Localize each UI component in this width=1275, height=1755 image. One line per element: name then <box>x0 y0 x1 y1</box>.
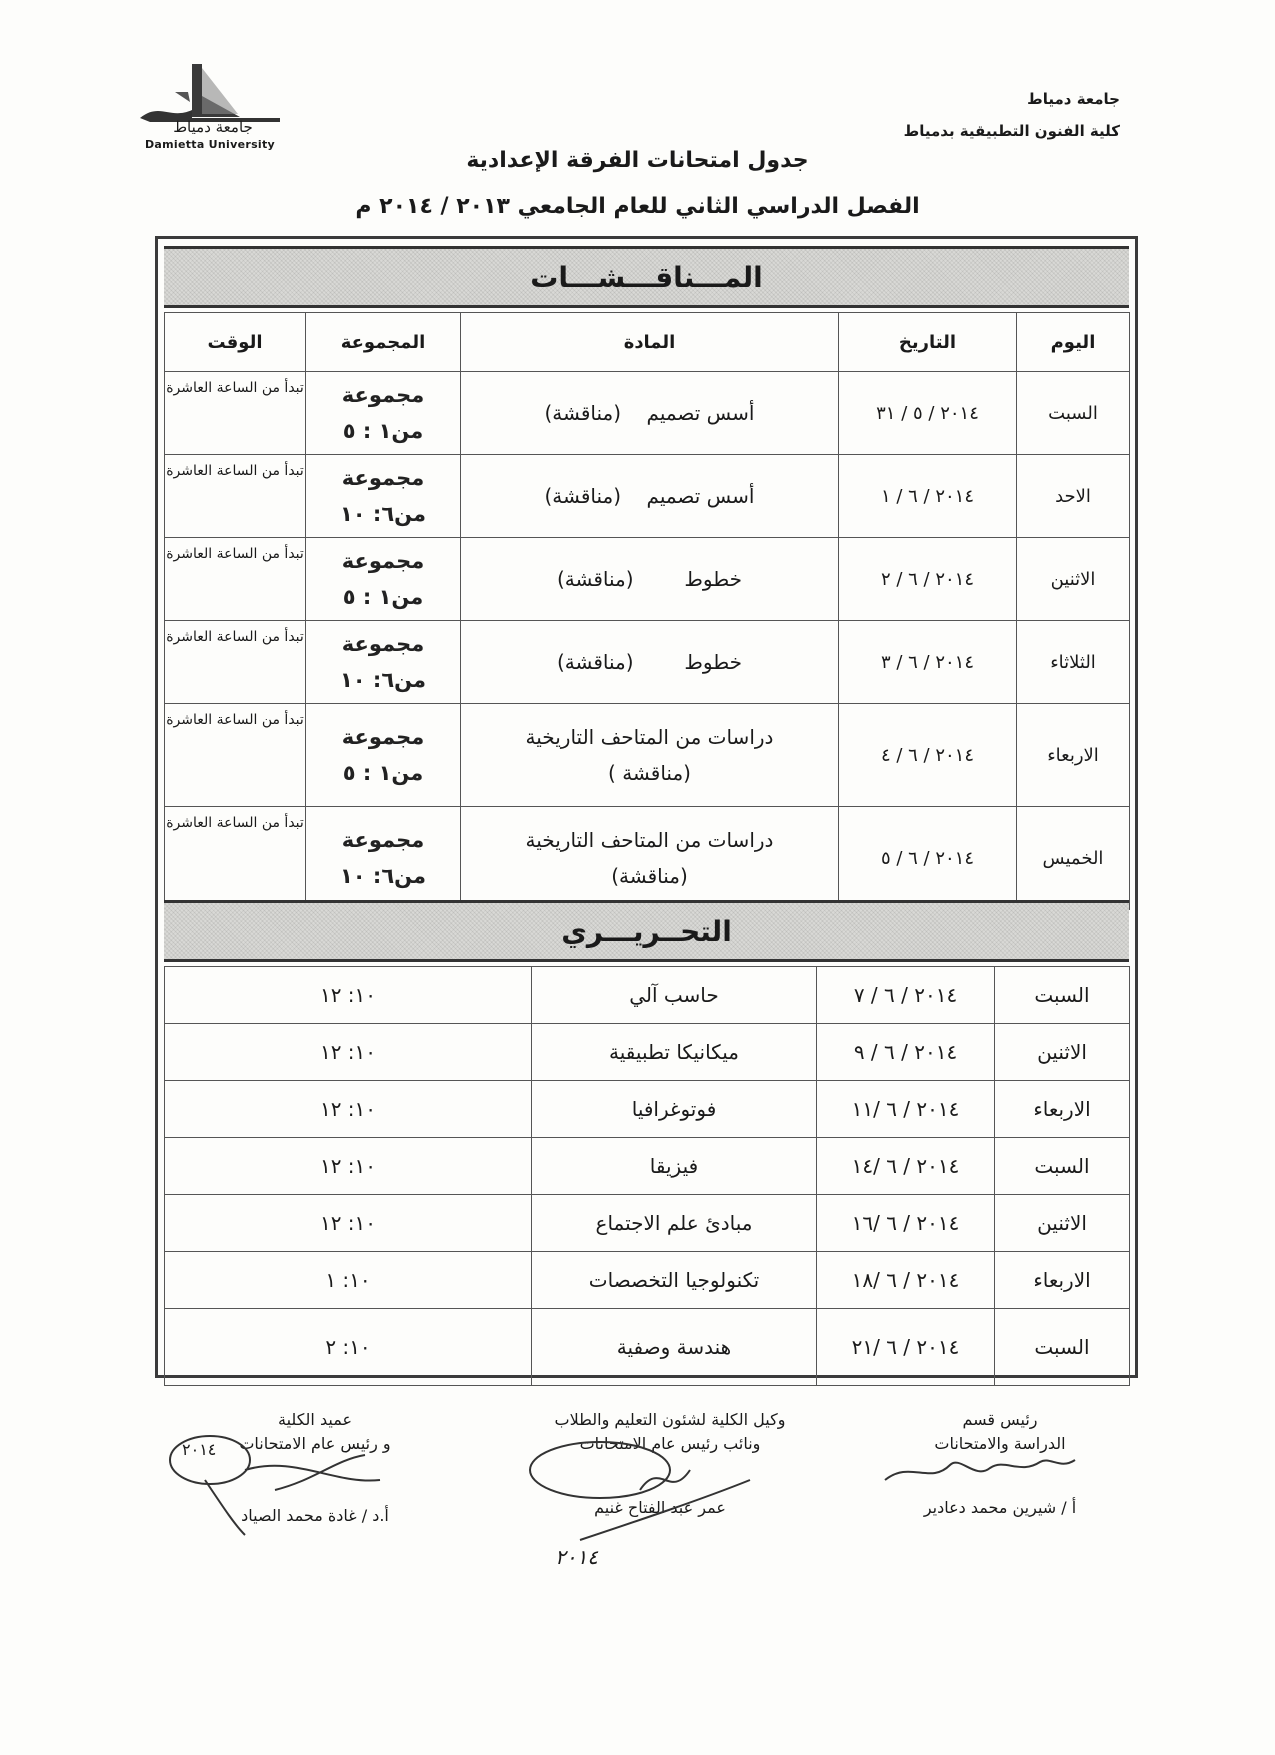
day-cell: السبت <box>995 967 1130 1024</box>
date-cell: ٢٠١٤ / ٦ /١٤ <box>817 1138 995 1195</box>
column-header-subject: المادة <box>461 313 839 372</box>
subject-cell: حاسب آلي <box>532 967 817 1024</box>
time-cell: ١٠: ١٢ <box>165 1195 532 1252</box>
group-range: من١ : ٥ <box>306 579 460 615</box>
table-row: السبت ٢٠١٤ / ٦ /١٤ فيزيقا ١٠: ١٢ <box>165 1138 1130 1195</box>
date-cell: ٢٠١٤ / ٦ /١٦ <box>817 1195 995 1252</box>
subject-line: (مناقشة ) <box>461 755 838 791</box>
subject-cell: خطوط (مناقشة) <box>461 621 839 704</box>
date-cell: ٢٠١٤ / ٦ /١١ <box>817 1081 995 1138</box>
table-row: الثلاثاء ٢٠١٤ / ٦ / ٣ خطوط (مناقشة) مجمو… <box>165 621 1130 704</box>
date-cell: ٢٠١٤ / ٦ / ٤ <box>839 704 1017 807</box>
group-cell: مجموعةمن٦: ١٠ <box>306 621 461 704</box>
date-cell: ٢٠١٤ / ٦ / ١ <box>839 455 1017 538</box>
column-header-time: الوقت <box>165 313 306 372</box>
subject-cell: أسس تصميم (مناقشة) <box>461 455 839 538</box>
handwritten-signature-icon <box>880 1450 1080 1490</box>
group-range: من٦: ١٠ <box>306 662 460 698</box>
section-header-discussions: المـــناقـــشـــات <box>164 246 1129 308</box>
group-label: مجموعة <box>306 822 460 858</box>
section-header-written: التحــريـــري <box>164 900 1129 962</box>
table-row: الاربعاء ٢٠١٤ / ٦ /١١ فوتوغرافيا ١٠: ١٢ <box>165 1081 1130 1138</box>
subject-cell: أسس تصميم (مناقشة) <box>461 372 839 455</box>
day-cell: الاربعاء <box>1017 704 1130 807</box>
day-cell: الثلاثاء <box>1017 621 1130 704</box>
day-cell: الخميس <box>1017 807 1130 910</box>
table-row: الاحد ٢٠١٤ / ٦ / ١ أسس تصميم (مناقشة) مج… <box>165 455 1130 538</box>
date-cell: ٢٠١٤ / ٦ / ٥ <box>839 807 1017 910</box>
group-label: مجموعة <box>306 626 460 662</box>
day-cell: الاثنين <box>995 1195 1130 1252</box>
time-cell: تبدأ من الساعة العاشرة <box>165 807 306 910</box>
date-cell: ٢٠١٤ / ٦ / ٩ <box>817 1024 995 1081</box>
time-cell: ١٠: ١ <box>165 1252 532 1309</box>
day-cell: الاثنين <box>1017 538 1130 621</box>
date-cell: ٢٠١٤ / ٦ / ٧ <box>817 967 995 1024</box>
group-range: من٦: ١٠ <box>306 496 460 532</box>
subject-cell: فيزيقا <box>532 1138 817 1195</box>
group-cell: مجموعةمن٦: ١٠ <box>306 455 461 538</box>
section-title: المـــناقـــشـــات <box>530 261 762 294</box>
group-label: مجموعة <box>306 377 460 413</box>
subject-cell: ميكانيكا تطبيقية <box>532 1024 817 1081</box>
signatory-name: أ / شيرين محمد دعادير <box>880 1496 1120 1520</box>
subject-line: دراسات من المتاحف التاريخية <box>461 719 838 755</box>
written-exams-table: السبت ٢٠١٤ / ٦ / ٧ حاسب آلي ١٠: ١٢ الاثن… <box>164 966 1130 1386</box>
table-row: الخميس ٢٠١٤ / ٦ / ٥ دراسات من المتاحف ال… <box>165 807 1130 910</box>
table-row: الاربعاء ٢٠١٤ / ٦ / ٤ دراسات من المتاحف … <box>165 704 1130 807</box>
page-subtitle: الفصل الدراسي الثاني للعام الجامعي ٢٠١٣ … <box>0 194 1275 219</box>
subject-cell: هندسة وصفية <box>532 1309 817 1386</box>
time-cell: ١٠: ١٢ <box>165 967 532 1024</box>
signatory-title: وكيل الكلية لشئون التعليم والطلاب <box>510 1408 830 1432</box>
subject-cell: تكنولوجيا التخصصات <box>532 1252 817 1309</box>
date-cell: ٢٠١٤ / ٥ / ٣١ <box>839 372 1017 455</box>
page-title: جدول امتحانات الفرقة الإعدادية <box>0 148 1275 173</box>
group-label: مجموعة <box>306 543 460 579</box>
day-cell: السبت <box>1017 372 1130 455</box>
subject-line: دراسات من المتاحف التاريخية <box>461 822 838 858</box>
discussions-table: اليوم التاريخ المادة المجموعة الوقت السب… <box>164 312 1130 910</box>
time-cell: تبدأ من الساعة العاشرة <box>165 704 306 807</box>
date-cell: ٢٠١٤ / ٦ / ٢ <box>839 538 1017 621</box>
group-cell: مجموعةمن٦: ١٠ <box>306 807 461 910</box>
group-label: مجموعة <box>306 719 460 755</box>
group-cell: مجموعةمن١ : ٥ <box>306 704 461 807</box>
column-header-day: اليوم <box>1017 313 1130 372</box>
column-header-group: المجموعة <box>306 313 461 372</box>
group-range: من٦: ١٠ <box>306 858 460 894</box>
table-row: السبت ٢٠١٤ / ٥ / ٣١ أسس تصميم (مناقشة) م… <box>165 372 1130 455</box>
table-row: السبت ٢٠١٤ / ٦ / ٧ حاسب آلي ١٠: ١٢ <box>165 967 1130 1024</box>
table-row: الاربعاء ٢٠١٤ / ٦ /١٨ تكنولوجيا التخصصات… <box>165 1252 1130 1309</box>
time-cell: تبدأ من الساعة العاشرة <box>165 538 306 621</box>
time-cell: تبدأ من الساعة العاشرة <box>165 455 306 538</box>
subject-cell: فوتوغرافيا <box>532 1081 817 1138</box>
day-cell: الاحد <box>1017 455 1130 538</box>
date-cell: ٢٠١٤ / ٦ /١٨ <box>817 1252 995 1309</box>
time-cell: ١٠: ٢ <box>165 1309 532 1386</box>
date-cell: ٢٠١٤ / ٦ / ٣ <box>839 621 1017 704</box>
group-range: من١ : ٥ <box>306 413 460 449</box>
time-cell: ١٠: ١٢ <box>165 1081 532 1138</box>
section-title: التحــريـــري <box>561 915 732 948</box>
table-header-row: اليوم التاريخ المادة المجموعة الوقت <box>165 313 1130 372</box>
faculty-name: كلية الفنون التطبيقية بدمياط <box>904 122 1120 140</box>
handwritten-year: ٢٠١٤ <box>182 1440 216 1459</box>
time-cell: تبدأ من الساعة العاشرة <box>165 621 306 704</box>
group-cell: مجموعةمن١ : ٥ <box>306 538 461 621</box>
table-row: السبت ٢٠١٤ / ٦ /٢١ هندسة وصفية ١٠: ٢ <box>165 1309 1130 1386</box>
group-cell: مجموعةمن١ : ٥ <box>306 372 461 455</box>
day-cell: السبت <box>995 1138 1130 1195</box>
table-row: الاثنين ٢٠١٤ / ٦ / ٢ خطوط (مناقشة) مجموع… <box>165 538 1130 621</box>
day-cell: الاربعاء <box>995 1081 1130 1138</box>
subject-cell: خطوط (مناقشة) <box>461 538 839 621</box>
group-label: مجموعة <box>306 460 460 496</box>
table-row: الاثنين ٢٠١٤ / ٦ /١٦ مبادئ علم الاجتماع … <box>165 1195 1130 1252</box>
table-row: الاثنين ٢٠١٤ / ٦ / ٩ ميكانيكا تطبيقية ١٠… <box>165 1024 1130 1081</box>
subject-line: (مناقشة) <box>461 858 838 894</box>
handwritten-year: ٢٠١٤ <box>555 1545 598 1569</box>
day-cell: الاثنين <box>995 1024 1130 1081</box>
university-name: جامعة دمياط <box>1027 90 1120 108</box>
logo-arabic-text: جامعة دمياط <box>148 118 278 136</box>
date-cell: ٢٠١٤ / ٦ /٢١ <box>817 1309 995 1386</box>
time-cell: تبدأ من الساعة العاشرة <box>165 372 306 455</box>
handwritten-signature-icon <box>520 1440 760 1550</box>
signatory-title: عميد الكلية <box>195 1408 435 1432</box>
day-cell: الاربعاء <box>995 1252 1130 1309</box>
subject-cell: دراسات من المتاحف التاريخية(مناقشة ) <box>461 704 839 807</box>
subject-cell: دراسات من المتاحف التاريخية(مناقشة) <box>461 807 839 910</box>
signatory-title: رئيس قسم <box>880 1408 1120 1432</box>
day-cell: السبت <box>995 1309 1130 1386</box>
group-range: من١ : ٥ <box>306 755 460 791</box>
column-header-date: التاريخ <box>839 313 1017 372</box>
time-cell: ١٠: ١٢ <box>165 1138 532 1195</box>
subject-cell: مبادئ علم الاجتماع <box>532 1195 817 1252</box>
time-cell: ١٠: ١٢ <box>165 1024 532 1081</box>
